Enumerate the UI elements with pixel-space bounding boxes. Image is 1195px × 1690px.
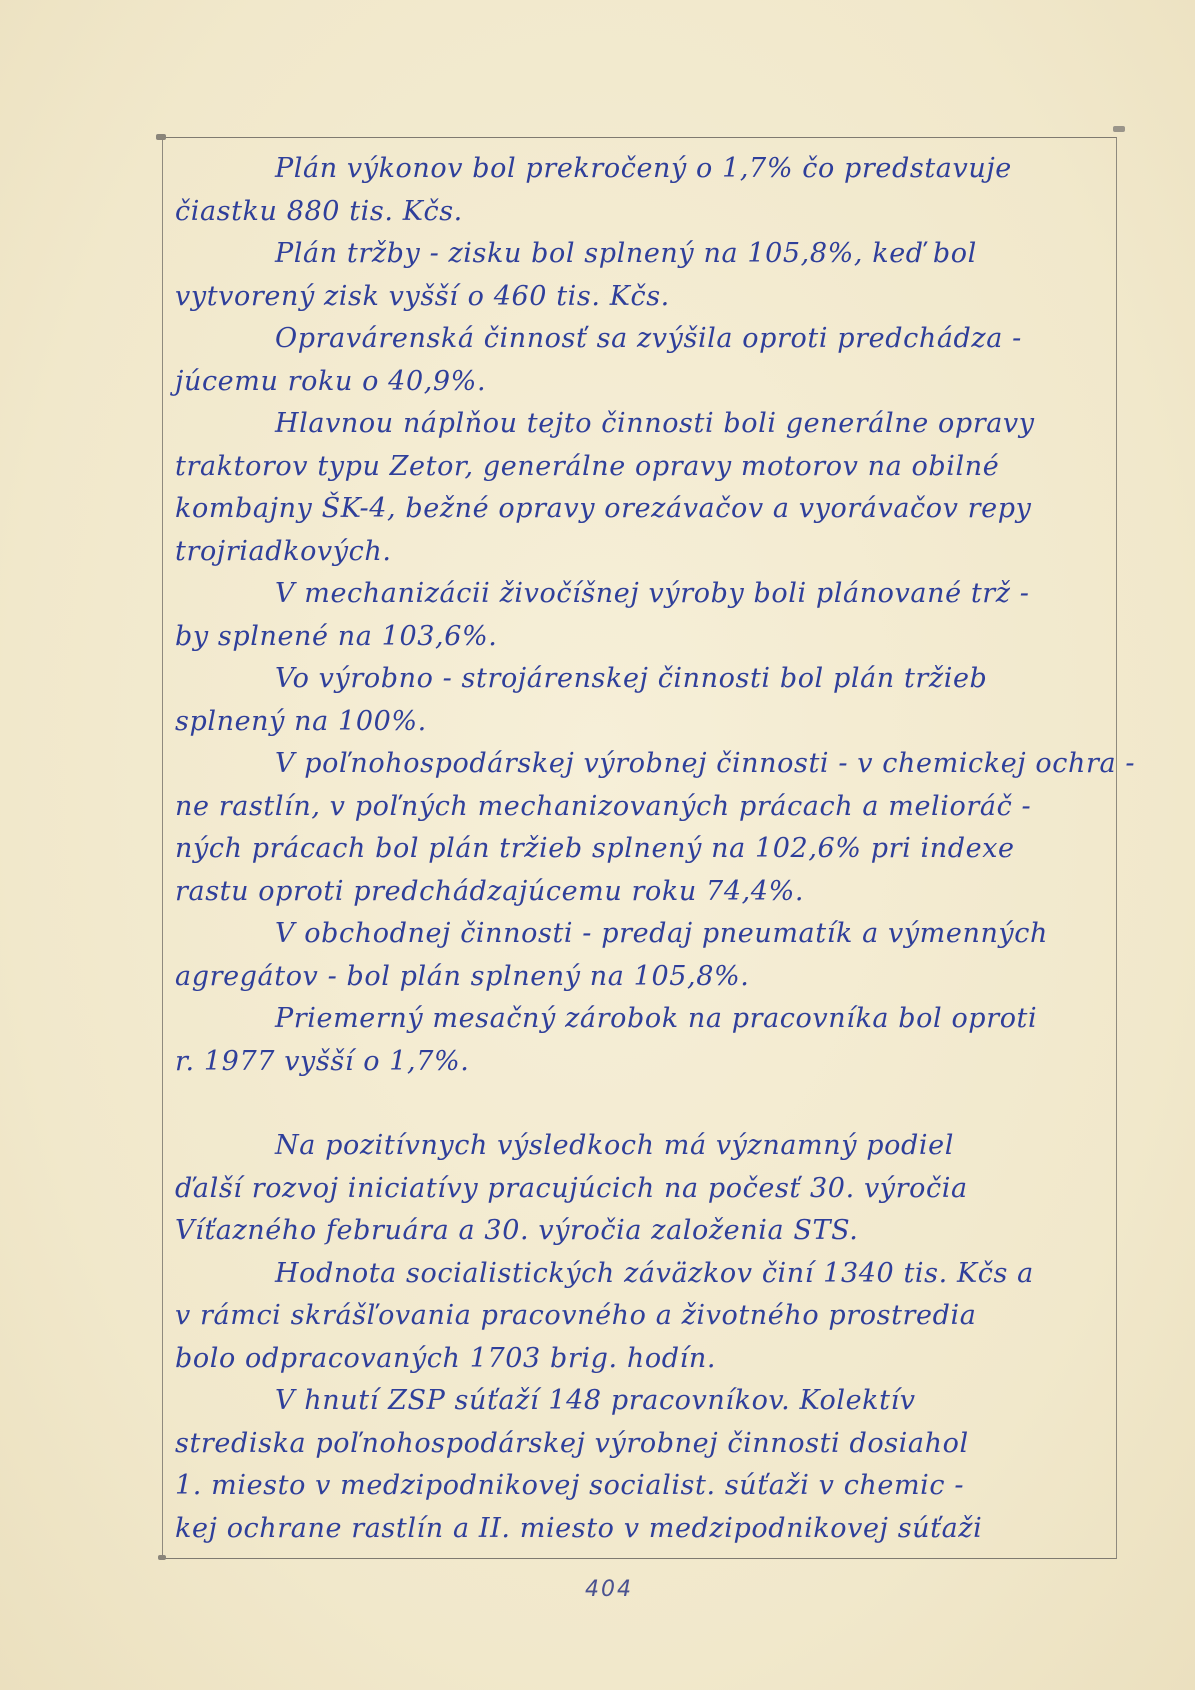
text-line: rastu oproti predchádzajúcemu roku 74,4%… (175, 871, 1105, 914)
text-line: ných prácach bol plán tržieb splnený na … (175, 828, 1105, 871)
text-line: V hnutí ZSP súťaží 148 pracovníkov. Kole… (175, 1380, 1105, 1423)
text-line: vytvorený zisk vyšší o 460 tis. Kčs. (175, 276, 1105, 319)
text-line: bolo odpracovaných 1703 brig. hodín. (175, 1338, 1105, 1381)
text-line: ďalší rozvoj iniciatívy pracujúcich na p… (175, 1168, 1105, 1211)
text-line: čiastku 880 tis. Kčs. (175, 191, 1105, 234)
text-line: agregátov - bol plán splnený na 105,8%. (175, 956, 1105, 999)
text-line: ne rastlín, v poľných mechanizovaných pr… (175, 786, 1105, 829)
frame-corner-mark (158, 1555, 166, 1560)
text-line: Víťazného februára a 30. výročia založen… (175, 1210, 1105, 1253)
text-line: V obchodnej činnosti - predaj pneumatík … (175, 913, 1105, 956)
blank-line (175, 1083, 1105, 1125)
text-line: r. 1977 vyšší o 1,7%. (175, 1041, 1105, 1084)
text-line: Priemerný mesačný zárobok na pracovníka … (175, 998, 1105, 1041)
text-line: Opravárenská činnosť sa zvýšila oproti p… (175, 318, 1105, 361)
text-line: V poľnohospodárskej výrobnej činnosti - … (175, 743, 1105, 786)
text-line: traktorov typu Zetor, generálne opravy m… (175, 446, 1105, 489)
handwritten-text-body: Plán výkonov bol prekročený o 1,7% čo pr… (175, 148, 1105, 1550)
text-line: splnený na 100%. (175, 701, 1105, 744)
text-line: kombajny ŠK-4, bežné opravy orezávačov a… (175, 488, 1105, 531)
text-line: Hodnota socialistických záväzkov činí 13… (175, 1253, 1105, 1296)
text-line: trojriadkových. (175, 531, 1105, 574)
text-line: Plán výkonov bol prekročený o 1,7% čo pr… (175, 148, 1105, 191)
text-line: 1. miesto v medzipodnikovej socialist. s… (175, 1465, 1105, 1508)
text-line: Na pozitívnych výsledkoch má významný po… (175, 1125, 1105, 1168)
text-line: júcemu roku o 40,9%. (175, 361, 1105, 404)
text-line: Vo výrobno - strojárenskej činnosti bol … (175, 658, 1105, 701)
text-line: Plán tržby - zisku bol splnený na 105,8%… (175, 233, 1105, 276)
frame-corner-mark (156, 134, 166, 140)
page-number: 404 (585, 1577, 633, 1602)
text-line: V mechanizácii živočíšnej výroby boli pl… (175, 573, 1105, 616)
text-line: Hlavnou náplňou tejto činnosti boli gene… (175, 403, 1105, 446)
frame-corner-mark (1113, 126, 1125, 132)
text-line: v rámci skrášľovania pracovného a životn… (175, 1295, 1105, 1338)
text-line: kej ochrane rastlín a II. miesto v medzi… (175, 1508, 1105, 1551)
text-line: strediska poľnohospodárskej výrobnej čin… (175, 1423, 1105, 1466)
text-line: by splnené na 103,6%. (175, 616, 1105, 659)
